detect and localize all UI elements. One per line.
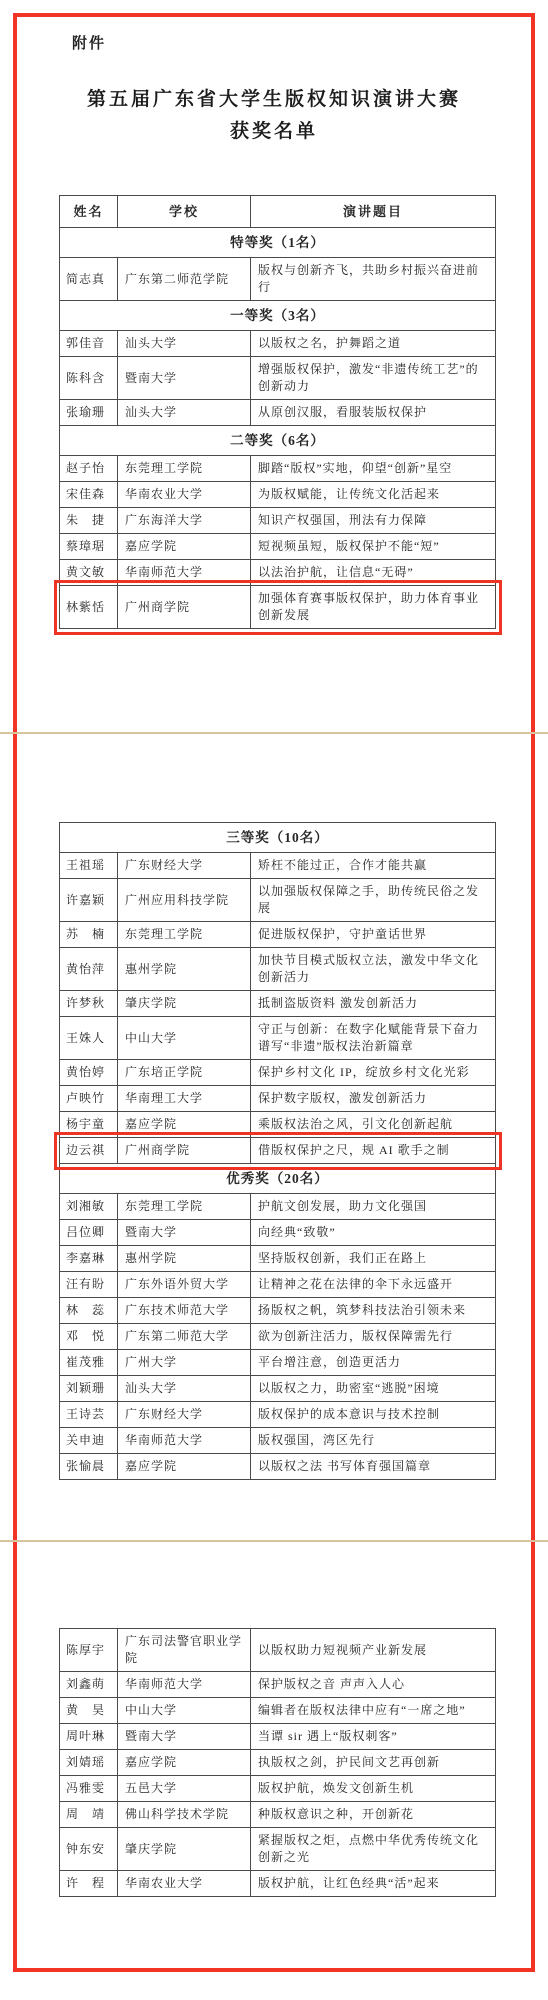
table-row-highlighted: 边云祺广州商学院借版权保护之尺，规 AI 歌手之制 [60,1138,496,1164]
award-tier-row: 一等奖（3名） [60,301,496,331]
speech-topic: 加快节目模式版权立法，激发中华文化创新活力 [251,948,496,991]
winner-name: 卢映竹 [60,1086,118,1112]
winner-name: 钟东安 [60,1828,118,1871]
winner-name: 刘湘敏 [60,1194,118,1220]
table-row: 崔茂雅广州大学平台增注意，创造更活力 [60,1350,496,1376]
speech-topic: 版权保护的成本意识与技术控制 [251,1402,496,1428]
winner-school: 广东财经大学 [118,1402,251,1428]
table-row: 许 程华南农业大学版权护航，让红色经典“活”起来 [60,1871,496,1897]
award-tier-label: 特等奖（1名） [60,228,496,258]
winner-school: 东莞理工学院 [118,1194,251,1220]
speech-topic: 护航文创发展，助力文化强国 [251,1194,496,1220]
page-separator [0,1540,548,1542]
speech-topic: 保护乡村文化 IP，绽放乡村文化光彩 [251,1060,496,1086]
winner-name: 冯雅雯 [60,1776,118,1802]
winner-school: 广东第二师范大学 [118,1324,251,1350]
winner-name: 王祖瑶 [60,853,118,879]
table-row: 刘颖珊汕头大学以版权之力，助密室“逃脱”困境 [60,1376,496,1402]
table-row: 陈厚宇广东司法警官职业学院以版权助力短视频产业新发展 [60,1629,496,1672]
table-row: 汪有盼广东外语外贸大学让精神之花在法律的伞下永远盛开 [60,1272,496,1298]
speech-topic: 当谭 sir 遇上“版权刺客” [251,1724,496,1750]
table-row: 周 靖佛山科学技术学院种版权意识之种，开创新花 [60,1802,496,1828]
speech-topic: 向经典“致敬” [251,1220,496,1246]
award-table-page3: 陈厚宇广东司法警官职业学院以版权助力短视频产业新发展刘鑫萌华南师范大学保护版权之… [59,1628,496,1897]
table-row: 邓 悦广东第二师范大学欲为创新注活力，版权保障需先行 [60,1324,496,1350]
winner-school: 五邑大学 [118,1776,251,1802]
award-table-page1: 姓名学校演讲题目特等奖（1名）简志真广东第二师范学院版权与创新齐飞，共助乡村振兴… [59,195,496,629]
table-row: 刘鑫萌华南师范大学保护版权之音 声声入人心 [60,1672,496,1698]
speech-topic: 以加强版权保障之手，助传统民俗之发展 [251,879,496,922]
winner-name: 林 蕊 [60,1298,118,1324]
speech-topic: 版权强国，湾区先行 [251,1428,496,1454]
document-title-line1: 第五届广东省大学生版权知识演讲大赛 [0,84,548,116]
speech-topic: 乘版权法治之风，引文化创新起航 [251,1112,496,1138]
speech-topic: 借版权保护之尺，规 AI 歌手之制 [251,1138,496,1164]
winner-school: 惠州学院 [118,948,251,991]
table-row: 王诗芸广东财经大学版权保护的成本意识与技术控制 [60,1402,496,1428]
winner-school: 嘉应学院 [118,1750,251,1776]
table-row: 黄怡萍惠州学院加快节目模式版权立法，激发中华文化创新活力 [60,948,496,991]
winner-school: 广东司法警官职业学院 [118,1629,251,1672]
table-row: 王姝人中山大学守正与创新：在数字化赋能背景下奋力谱写“非遗”版权法治新篇章 [60,1017,496,1060]
winner-school: 华南师范大学 [118,1428,251,1454]
winner-school: 广东培正学院 [118,1060,251,1086]
table-header-row: 姓名学校演讲题目 [60,196,496,228]
column-header: 姓名 [60,196,118,228]
winner-name: 许梦秋 [60,991,118,1017]
winner-name: 周 靖 [60,1802,118,1828]
speech-topic: 以版权助力短视频产业新发展 [251,1629,496,1672]
winner-name: 宋佳森 [60,482,118,508]
winner-name: 黄 昊 [60,1698,118,1724]
winner-school: 嘉应学院 [118,1454,251,1480]
winner-name: 黄怡婷 [60,1060,118,1086]
table-row: 刘湘敏东莞理工学院护航文创发展，助力文化强国 [60,1194,496,1220]
winner-name: 刘鑫萌 [60,1672,118,1698]
winner-name: 朱 捷 [60,508,118,534]
speech-topic: 抵制盗版资料 激发创新活力 [251,991,496,1017]
winner-school: 惠州学院 [118,1246,251,1272]
speech-topic: 加强体育赛事版权保护，助力体育事业创新发展 [251,586,496,629]
winner-school: 中山大学 [118,1698,251,1724]
winner-name: 李嘉琳 [60,1246,118,1272]
award-tier-label: 三等奖（10名） [60,823,496,853]
table-row-highlighted: 林紫恬广州商学院加强体育赛事版权保护，助力体育事业创新发展 [60,586,496,629]
winner-name: 吕位卿 [60,1220,118,1246]
speech-topic: 以版权之名，护舞蹈之道 [251,331,496,357]
table-row: 刘婧瑶嘉应学院执版权之剑，护民间文艺再创新 [60,1750,496,1776]
speech-topic: 紧握版权之炬，点燃中华优秀传统文化创新之光 [251,1828,496,1871]
table-row: 林 蕊广东技术师范大学扬版权之帆，筑梦科技法治引领未来 [60,1298,496,1324]
winner-name: 邓 悦 [60,1324,118,1350]
winner-name: 刘婧瑶 [60,1750,118,1776]
winner-name: 苏 楠 [60,922,118,948]
speech-topic: 促进版权保护，守护童话世界 [251,922,496,948]
document-title-line2: 获奖名单 [0,116,548,148]
winner-school: 肇庆学院 [118,1828,251,1871]
table-row: 郭佳音汕头大学以版权之名，护舞蹈之道 [60,331,496,357]
winner-name: 黄怡萍 [60,948,118,991]
winner-school: 东莞理工学院 [118,456,251,482]
award-tier-row: 优秀奖（20名） [60,1164,496,1194]
speech-topic: 增强版权保护，激发“非遗传统工艺”的创新动力 [251,357,496,400]
table-row: 吕位卿暨南大学向经典“致敬” [60,1220,496,1246]
speech-topic: 保护版权之音 声声入人心 [251,1672,496,1698]
winner-name: 周叶琳 [60,1724,118,1750]
winner-name: 陈厚宇 [60,1629,118,1672]
table-row: 许梦秋肇庆学院抵制盗版资料 激发创新活力 [60,991,496,1017]
table-row: 黄文敏华南师范大学以法治护航，让信息“无碍” [60,560,496,586]
speech-topic: 脚踏“版权”实地，仰望“创新”星空 [251,456,496,482]
winner-school: 嘉应学院 [118,534,251,560]
winner-name: 黄文敏 [60,560,118,586]
winner-name: 关申迪 [60,1428,118,1454]
winner-school: 广州应用科技学院 [118,879,251,922]
winner-school: 暨南大学 [118,357,251,400]
speech-topic: 知识产权强国，刑法有力保障 [251,508,496,534]
winner-name: 许 程 [60,1871,118,1897]
winner-name: 边云祺 [60,1138,118,1164]
page-separator [0,732,548,734]
winner-name: 刘颖珊 [60,1376,118,1402]
table-row: 朱 捷广东海洋大学知识产权强国，刑法有力保障 [60,508,496,534]
winner-name: 汪有盼 [60,1272,118,1298]
table-row: 周叶琳暨南大学当谭 sir 遇上“版权刺客” [60,1724,496,1750]
winner-name: 许嘉颖 [60,879,118,922]
speech-topic: 编辑者在版权法律中应有“一席之地” [251,1698,496,1724]
speech-topic: 守正与创新：在数字化赋能背景下奋力谱写“非遗”版权法治新篇章 [251,1017,496,1060]
winner-school: 暨南大学 [118,1724,251,1750]
speech-topic: 为版权赋能，让传统文化活起来 [251,482,496,508]
document-title: 第五届广东省大学生版权知识演讲大赛 获奖名单 [0,84,548,148]
winner-school: 暨南大学 [118,1220,251,1246]
table-row: 宋佳森华南农业大学为版权赋能，让传统文化活起来 [60,482,496,508]
winner-name: 王诗芸 [60,1402,118,1428]
table-row: 苏 楠东莞理工学院促进版权保护，守护童话世界 [60,922,496,948]
table-row: 关申迪华南师范大学版权强国，湾区先行 [60,1428,496,1454]
table-row: 张愉晨嘉应学院以版权之法 书写体育强国篇章 [60,1454,496,1480]
winner-school: 汕头大学 [118,331,251,357]
table-row: 卢映竹华南理工大学保护数字版权，激发创新活力 [60,1086,496,1112]
winner-school: 中山大学 [118,1017,251,1060]
award-tier-row: 特等奖（1名） [60,228,496,258]
table-row: 黄怡婷广东培正学院保护乡村文化 IP，绽放乡村文化光彩 [60,1060,496,1086]
column-header: 演讲题目 [251,196,496,228]
winner-school: 广东外语外贸大学 [118,1272,251,1298]
winner-name: 林紫恬 [60,586,118,629]
table-row: 杨宇童嘉应学院乘版权法治之风，引文化创新起航 [60,1112,496,1138]
award-tier-row: 三等奖（10名） [60,823,496,853]
winner-school: 东莞理工学院 [118,922,251,948]
winner-school: 汕头大学 [118,1376,251,1402]
winner-school: 广东海洋大学 [118,508,251,534]
speech-topic: 版权护航，让红色经典“活”起来 [251,1871,496,1897]
speech-topic: 平台增注意，创造更活力 [251,1350,496,1376]
speech-topic: 种版权意识之种，开创新花 [251,1802,496,1828]
table-row: 赵子怡东莞理工学院脚踏“版权”实地，仰望“创新”星空 [60,456,496,482]
award-tier-label: 二等奖（6名） [60,426,496,456]
table-row: 冯雅雯五邑大学版权护航，焕发文创新生机 [60,1776,496,1802]
speech-topic: 保护数字版权，激发创新活力 [251,1086,496,1112]
attachment-label: 附件 [72,32,106,53]
winner-school: 华南理工大学 [118,1086,251,1112]
winner-school: 广东技术师范大学 [118,1298,251,1324]
award-tier-row: 二等奖（6名） [60,426,496,456]
speech-topic: 让精神之花在法律的伞下永远盛开 [251,1272,496,1298]
speech-topic: 短视频虽短，版权保护不能“短” [251,534,496,560]
speech-topic: 版权与创新齐飞，共助乡村振兴奋进前行 [251,258,496,301]
award-tier-label: 一等奖（3名） [60,301,496,331]
award-tier-label: 优秀奖（20名） [60,1164,496,1194]
table-row: 张瑜珊汕头大学从原创汉服，看服装版权保护 [60,400,496,426]
winner-school: 汕头大学 [118,400,251,426]
winner-school: 广州大学 [118,1350,251,1376]
speech-topic: 以版权之法 书写体育强国篇章 [251,1454,496,1480]
winner-school: 广东财经大学 [118,853,251,879]
winner-school: 广州商学院 [118,1138,251,1164]
winner-name: 杨宇童 [60,1112,118,1138]
winner-school: 华南师范大学 [118,1672,251,1698]
winner-name: 郭佳音 [60,331,118,357]
speech-topic: 坚持版权创新，我们正在路上 [251,1246,496,1272]
winner-school: 嘉应学院 [118,1112,251,1138]
table-row: 简志真广东第二师范学院版权与创新齐飞，共助乡村振兴奋进前行 [60,258,496,301]
winner-name: 蔡璋琚 [60,534,118,560]
column-header: 学校 [118,196,251,228]
winner-school: 华南农业大学 [118,1871,251,1897]
winner-school: 华南师范大学 [118,560,251,586]
table-row: 李嘉琳惠州学院坚持版权创新，我们正在路上 [60,1246,496,1272]
winner-name: 简志真 [60,258,118,301]
winner-name: 张愉晨 [60,1454,118,1480]
speech-topic: 以版权之力，助密室“逃脱”困境 [251,1376,496,1402]
speech-topic: 从原创汉服，看服装版权保护 [251,400,496,426]
speech-topic: 欲为创新注活力，版权保障需先行 [251,1324,496,1350]
speech-topic: 矫枉不能过正，合作才能共赢 [251,853,496,879]
winner-name: 赵子怡 [60,456,118,482]
table-row: 钟东安肇庆学院紧握版权之炬，点燃中华优秀传统文化创新之光 [60,1828,496,1871]
speech-topic: 版权护航，焕发文创新生机 [251,1776,496,1802]
table-row: 陈科含暨南大学增强版权保护，激发“非遗传统工艺”的创新动力 [60,357,496,400]
award-table-page2: 三等奖（10名）王祖瑶广东财经大学矫枉不能过正，合作才能共赢许嘉颖广州应用科技学… [59,822,496,1480]
winner-school: 广州商学院 [118,586,251,629]
speech-topic: 以法治护航，让信息“无碍” [251,560,496,586]
winner-name: 王姝人 [60,1017,118,1060]
table-row: 黄 昊中山大学编辑者在版权法律中应有“一席之地” [60,1698,496,1724]
table-row: 许嘉颖广州应用科技学院以加强版权保障之手，助传统民俗之发展 [60,879,496,922]
winner-school: 华南农业大学 [118,482,251,508]
table-row: 蔡璋琚嘉应学院短视频虽短，版权保护不能“短” [60,534,496,560]
table-row: 王祖瑶广东财经大学矫枉不能过正，合作才能共赢 [60,853,496,879]
winner-school: 佛山科学技术学院 [118,1802,251,1828]
winner-name: 陈科含 [60,357,118,400]
winner-name: 崔茂雅 [60,1350,118,1376]
winner-school: 广东第二师范学院 [118,258,251,301]
speech-topic: 执版权之剑，护民间文艺再创新 [251,1750,496,1776]
speech-topic: 扬版权之帆，筑梦科技法治引领未来 [251,1298,496,1324]
winner-school: 肇庆学院 [118,991,251,1017]
winner-name: 张瑜珊 [60,400,118,426]
